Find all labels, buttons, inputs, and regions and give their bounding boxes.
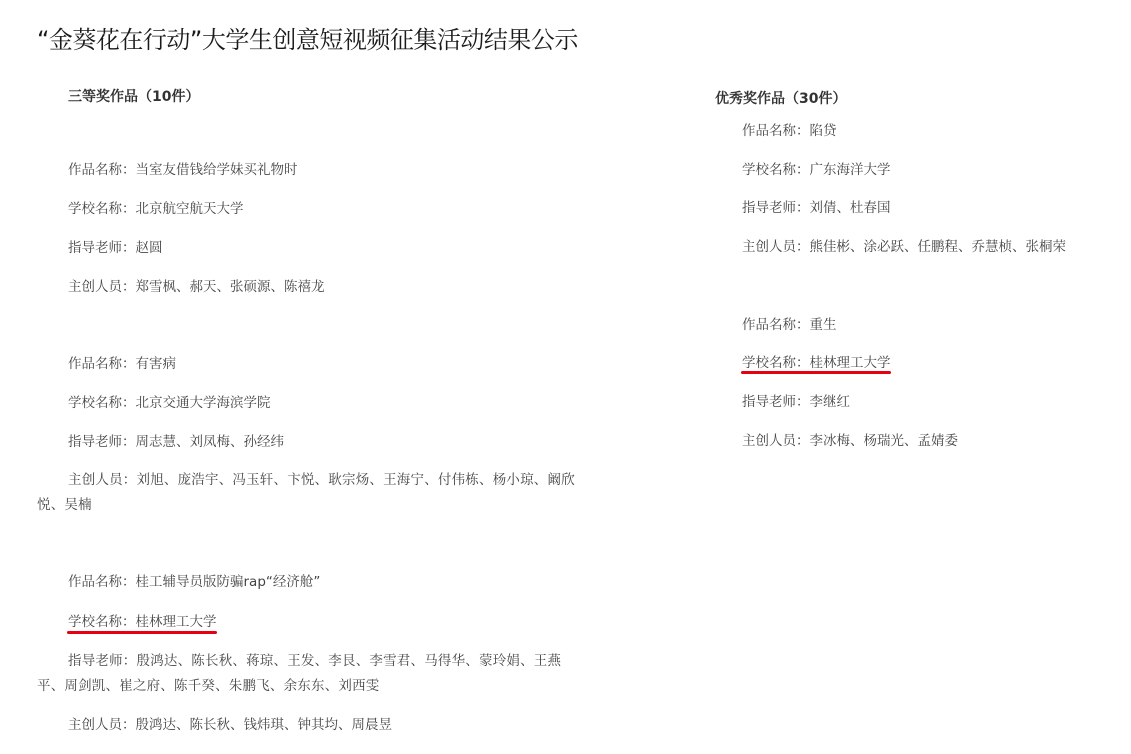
entry-school-name: 学校名称：广东海洋大学 bbox=[742, 158, 891, 182]
value: 郑雪枫、郝天、张硕源、陈禧龙 bbox=[136, 279, 325, 295]
value: 有害病 bbox=[136, 356, 177, 372]
value: 赵圆 bbox=[136, 240, 163, 256]
value: 桂林理工大学 bbox=[136, 614, 217, 630]
value: 北京交通大学海滨学院 bbox=[136, 395, 271, 411]
entry-work-name: 作品名称：陷贷 bbox=[742, 119, 837, 143]
entry-advisor: 指导老师：周志慧、刘凤梅、孙经纬 bbox=[68, 430, 284, 454]
value: 李继红 bbox=[810, 394, 851, 410]
entry-creators: 主创人员：郑雪枫、郝天、张硕源、陈禧龙 bbox=[68, 275, 325, 299]
label: 作品名称： bbox=[68, 162, 136, 178]
entry-creators: 主创人员：熊佳彬、涂必跃、任鹏程、乔慧桢、张桐荣 bbox=[742, 235, 1066, 259]
label: 学校名称： bbox=[742, 162, 810, 178]
entry-work-name: 作品名称：重生 bbox=[742, 313, 837, 337]
entry-work-name: 作品名称：桂工辅导员版防骗rap“经济舱” bbox=[68, 570, 320, 594]
value: 北京航空航天大学 bbox=[136, 201, 244, 217]
label: 主创人员： bbox=[742, 239, 810, 255]
label: 作品名称： bbox=[68, 574, 136, 590]
entry-work-name: 作品名称：有害病 bbox=[68, 352, 176, 376]
entry-creators: 主创人员：殷鸿达、陈长秋、钱炜琪、钟其均、周晨昱 bbox=[68, 713, 392, 737]
value: 周志慧、刘凤梅、孙经纬 bbox=[136, 434, 285, 450]
value: 桂工辅导员版防骗rap“经济舱” bbox=[136, 574, 321, 590]
value: 桂林理工大学 bbox=[810, 355, 891, 371]
label: 指导老师： bbox=[68, 434, 136, 450]
label: 作品名称： bbox=[742, 317, 810, 333]
label: 学校名称： bbox=[68, 201, 136, 217]
label: 指导老师： bbox=[68, 240, 136, 256]
label: 学校名称： bbox=[742, 355, 810, 371]
entry-advisor: 指导老师：殷鸿达、陈长秋、蒋琼、王发、李艮、李雪君、马得华、蒙玲娟、王燕平、周剑… bbox=[37, 649, 577, 699]
label: 指导老师： bbox=[742, 200, 810, 216]
label: 主创人员： bbox=[68, 279, 136, 295]
red-underline-highlight bbox=[67, 631, 217, 634]
entry-creators: 主创人员：刘旭、庞浩宇、冯玉轩、卞悦、耿宗炀、王海宁、付伟栋、杨小琼、阚欣悦、吴… bbox=[37, 468, 577, 518]
label: 主创人员： bbox=[742, 433, 810, 449]
value: 熊佳彬、涂必跃、任鹏程、乔慧桢、张桐荣 bbox=[810, 239, 1067, 255]
section-heading-third-prize: 三等奖作品（10件） bbox=[68, 86, 199, 106]
label: 作品名称： bbox=[68, 356, 136, 372]
value: 李冰梅、杨瑞光、孟婧委 bbox=[810, 433, 959, 449]
value: 广东海洋大学 bbox=[810, 162, 891, 178]
value: 陷贷 bbox=[810, 123, 837, 139]
entry-school-name: 学校名称：北京航空航天大学 bbox=[68, 197, 244, 221]
label: 主创人员： bbox=[68, 717, 136, 733]
section-heading-excellence-prize: 优秀奖作品（30件） bbox=[715, 88, 846, 108]
value: 刘倩、杜春国 bbox=[810, 200, 891, 216]
value: 重生 bbox=[810, 317, 837, 333]
entry-advisor: 指导老师：刘倩、杜春国 bbox=[742, 196, 891, 220]
entry-advisor: 指导老师：赵圆 bbox=[68, 236, 163, 260]
label: 作品名称： bbox=[742, 123, 810, 139]
label: 学校名称： bbox=[68, 614, 136, 630]
entry-school-name: 学校名称：北京交通大学海滨学院 bbox=[68, 391, 271, 415]
page-title: “金葵花在行动”大学生创意短视频征集活动结果公示 bbox=[37, 22, 578, 58]
entry-advisor: 指导老师：李继红 bbox=[742, 390, 850, 414]
entry-creators: 主创人员：李冰梅、杨瑞光、孟婧委 bbox=[742, 429, 958, 453]
label: 指导老师： bbox=[742, 394, 810, 410]
entry-work-name: 作品名称：当室友借钱给学妹买礼物时 bbox=[68, 158, 298, 182]
value: 当室友借钱给学妹买礼物时 bbox=[136, 162, 298, 178]
red-underline-highlight bbox=[741, 371, 891, 374]
label: 学校名称： bbox=[68, 395, 136, 411]
value: 殷鸿达、陈长秋、钱炜琪、钟其均、周晨昱 bbox=[136, 717, 393, 733]
